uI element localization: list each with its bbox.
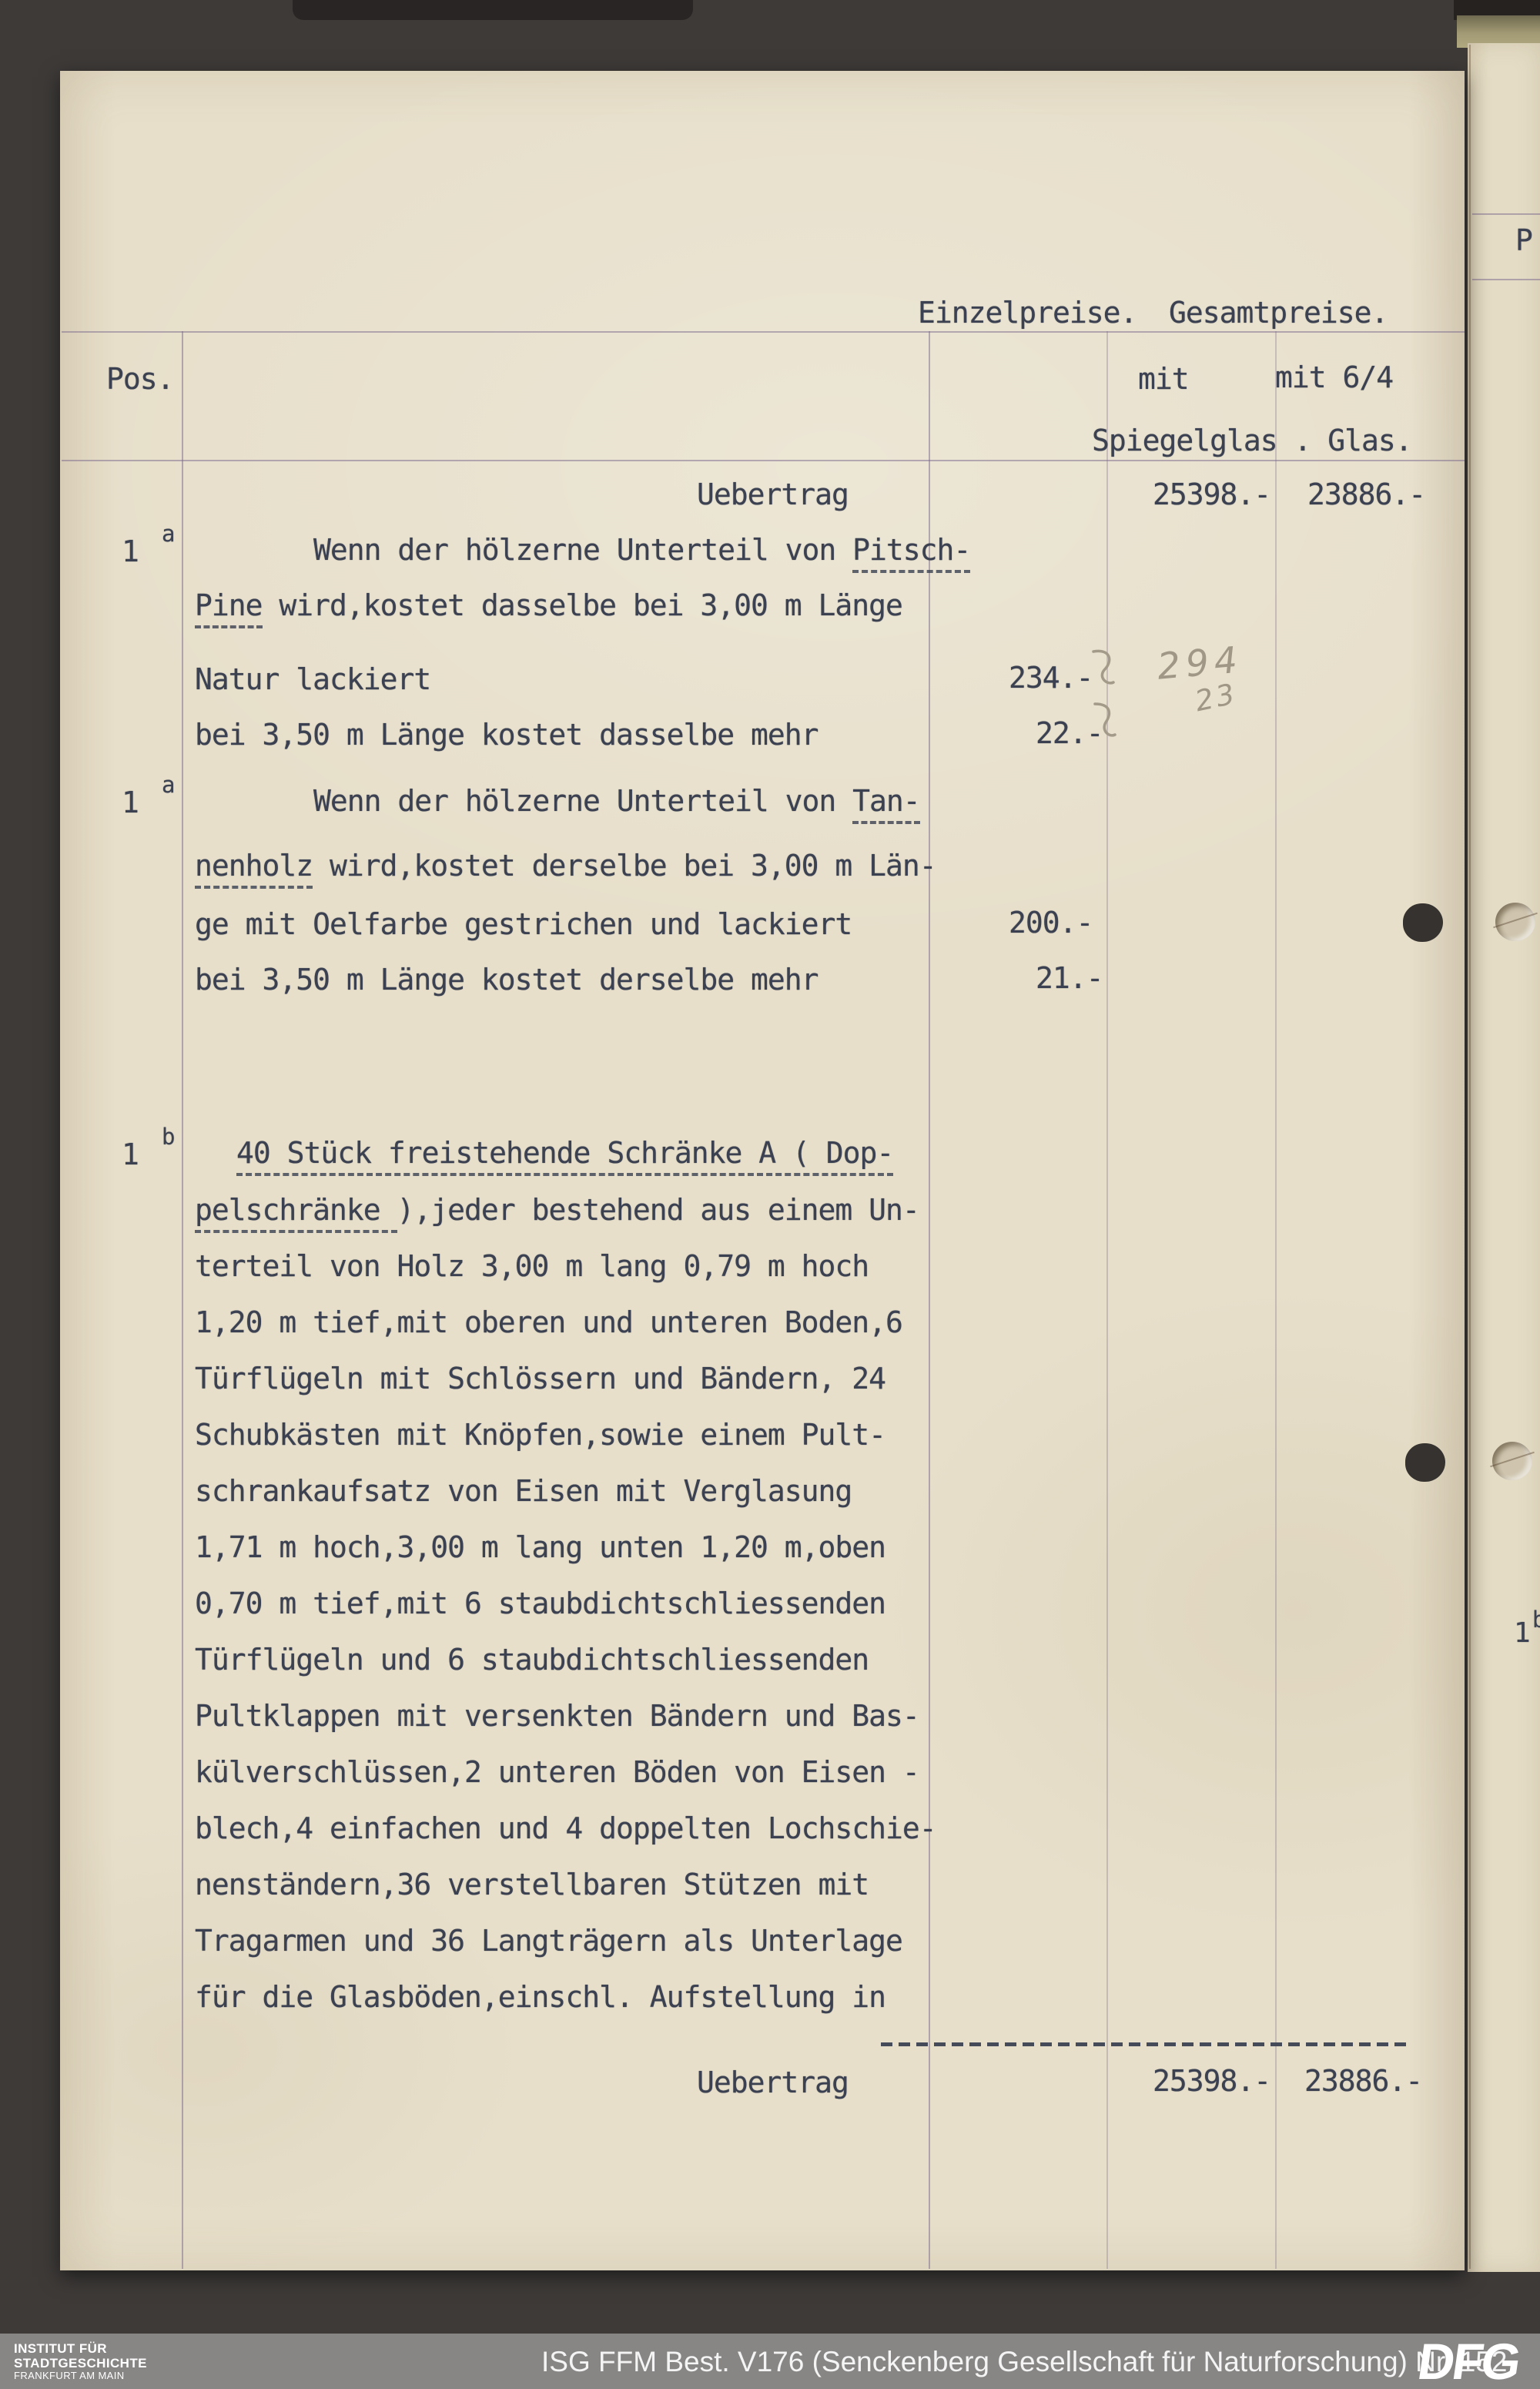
item-text-line: Türflügeln und 6 staubdichtschliessenden (195, 1644, 869, 1676)
item-pos-letter: b (162, 1124, 174, 1150)
item-text-line: für die Glasböden,einschl. Aufstellung i… (195, 1982, 885, 2013)
item-text-line: Wenn der hölzerne Unterteil von Pitsch- (313, 534, 970, 566)
item-text-line: 1,20 m tief,mit oberen und unteren Boden… (195, 1307, 902, 1339)
typed-dashed-rule (881, 2042, 1411, 2046)
item-pos-letter: a (162, 772, 174, 798)
next-page-rule-bottom (1472, 279, 1540, 280)
item-price: 21.- (1036, 963, 1103, 994)
carry-top-label: Uebertrag (697, 479, 849, 511)
item-text-line: schrankaufsatz von Eisen mit Verglasung (195, 1476, 852, 1507)
scanned-document-viewer: P 1 b Einzelpreise. Gesamtpreise. Pos. m… (0, 0, 1540, 2389)
archive-reference: ISG FFM Best. V176 (Senckenberg Gesellsc… (541, 2346, 1507, 2378)
item-text-line: nenholz wird,kostet derselbe bei 3,00 m … (195, 850, 936, 882)
carry-top-glas-value: 23886.- (1307, 479, 1425, 511)
institute-line2: STADTGESCHICHTE (14, 2356, 147, 2371)
item-text-line: 40 Stück freistehende Schränke A ( Dop- (236, 1138, 893, 1169)
item-pos-number: 1 (122, 536, 139, 568)
item-price: 22.- (1036, 718, 1103, 749)
carry-bottom-spiegelglas-value: 25398.- (1153, 2066, 1270, 2097)
carry-bottom-glas-value: 23886.- (1304, 2066, 1422, 2097)
column-divider-description (929, 331, 930, 2269)
item-text-line: bei 3,50 m Länge kostet dasselbe mehr (195, 719, 818, 751)
next-page-strip (1468, 43, 1540, 2272)
item-text-line: nenständern,36 verstellbaren Stützen mit (195, 1869, 869, 1901)
dfg-logo: DFG (1414, 2332, 1523, 2389)
institute-line3: FRANKFURT AM MAIN (14, 2371, 147, 2382)
punch-hole (1492, 1442, 1532, 1480)
binding-shadow (293, 0, 693, 20)
item-text-line: Wenn der hölzerne Unterteil von Tan- (313, 786, 920, 817)
header-mit-64: mit 6/4 (1275, 362, 1393, 394)
item-text-line: terteil von Holz 3,00 m lang 0,79 m hoch (195, 1251, 869, 1282)
item-text-line: pelschränke ),jeder bestehend aus einem … (195, 1194, 919, 1226)
item-price: 200.- (1009, 907, 1093, 939)
item-text-line: bei 3,50 m Länge kostet derselbe mehr (195, 964, 818, 996)
column-divider-einzelpreise (1106, 331, 1108, 2269)
column-divider-pos (182, 331, 183, 2269)
item-pos-number: 1 (122, 787, 139, 819)
item-pos-number: 1 (122, 1139, 139, 1171)
ink-dot (1405, 1443, 1445, 1482)
item-text-line: blech,4 einfachen und 4 doppelten Lochsc… (195, 1813, 936, 1845)
header-gesamtpreise: Gesamtpreise. (1169, 297, 1388, 329)
page-crease (1469, 45, 1471, 2269)
item-text-line: Schubkästen mit Knöpfen,sowie einem Pult… (195, 1419, 885, 1451)
item-price: 234.- (1009, 662, 1093, 694)
next-page-rule-top (1472, 213, 1540, 215)
item-text-line: ge mit Oelfarbe gestrichen und lackiert (195, 909, 852, 940)
carry-top-spiegelglas-value: 25398.- (1153, 479, 1270, 511)
table-rule-top (62, 331, 1465, 333)
item-text-line: Natur lackiert (195, 664, 430, 695)
paper-fiber (1490, 1452, 1535, 1467)
next-page-item-number: 1 (1514, 1619, 1530, 1649)
item-text-line: Pine wird,kostet dasselbe bei 3,00 m Län… (195, 590, 902, 622)
item-pos-letter: a (162, 521, 174, 547)
header-einzelpreise: Einzelpreise. (918, 297, 1137, 329)
table-rule-header-bottom (62, 460, 1465, 461)
ink-dot (1403, 903, 1443, 942)
paper-fiber (1493, 913, 1538, 928)
column-divider-gesamtpreise (1275, 331, 1277, 2269)
next-page-item-letter: b (1532, 1607, 1540, 1633)
item-text-line: Türflügeln mit Schlössern und Bändern, 2… (195, 1363, 885, 1395)
institute-line1: INSTITUT FÜR (14, 2341, 147, 2356)
next-page-pos-partial: P (1515, 225, 1532, 256)
item-text-line: külverschlüssen,2 unteren Böden von Eise… (195, 1757, 919, 1788)
carry-bottom-label: Uebertrag (697, 2067, 849, 2099)
item-text-line: 1,71 m hoch,3,00 m lang unten 1,20 m,obe… (195, 1532, 885, 1563)
header-glas-row: Spiegelglas . Glas. (1092, 425, 1412, 457)
header-mit-spiegelglas: mit (1138, 364, 1189, 395)
item-text-line: Pultklappen mit versenkten Bändern und B… (195, 1700, 919, 1732)
institute-logo: INSTITUT FÜR STADTGESCHICHTE FRANKFURT A… (14, 2341, 147, 2382)
item-text-line: 0,70 m tief,mit 6 staubdichtschliessende… (195, 1588, 885, 1620)
item-text-line: Tragarmen und 36 Langträgern als Unterla… (195, 1925, 902, 1957)
header-pos: Pos. (106, 364, 174, 395)
punch-hole (1495, 903, 1535, 941)
